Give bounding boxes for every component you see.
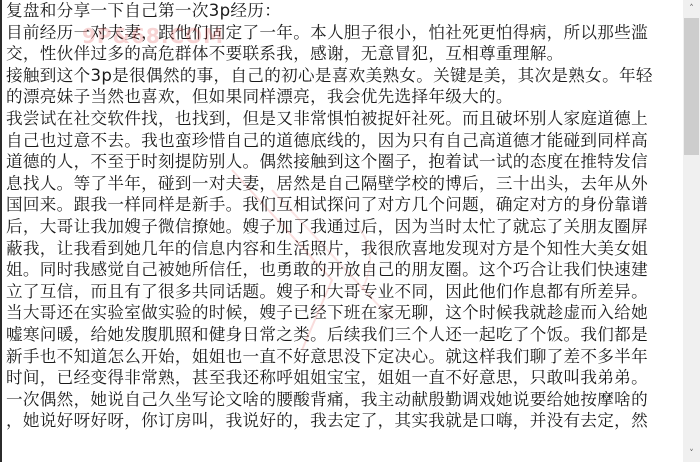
text-line: 一次偶然，她说自己久坐写论文啥的腰酸背痛，我主动献殷勤调戏她说要给她按摩啥的 bbox=[6, 389, 666, 411]
text-line: 复盘和分享一下自己第一次3p经历： bbox=[6, 0, 666, 22]
text-content: 复盘和分享一下自己第一次3p经历： 目前经历一对夫妻，跟他们固定了一年。本人胆子… bbox=[6, 0, 666, 432]
text-area[interactable]: 复盘和分享一下自己第一次3p经历： 目前经历一对夫妻，跟他们固定了一年。本人胆子… bbox=[0, 0, 700, 462]
text-line: 自己也过意不去。我也蛮珍惜自己的道德底线的，因为只有自己高道德才能碰到同样高 bbox=[6, 130, 666, 152]
text-line: 目前经历一对夫妻，跟他们固定了一年。本人胆子很小，怕社死更怕得病，所以那些滥 bbox=[6, 22, 666, 44]
chevron-up-icon: ˄ bbox=[689, 4, 694, 14]
text-line: 接触到这个3p是很偶然的事，自己的初心是喜欢美熟女。关键是美，其次是熟女。年轻 bbox=[6, 65, 666, 87]
text-line: 息找人。等了半年，碰到一对夫妻，居然是自己隔壁学校的博后，三十出头，去年从外 bbox=[6, 173, 666, 195]
text-line: 新手也不知道怎么开始，姐姐也一直不好意思没下定决心。就这样我们聊了差不多半年 bbox=[6, 346, 666, 368]
text-line: 时间，已经变得非常熟，甚至我还称呼姐姐宝宝，姐姐一直不好意思，只敢叫我弟弟。 bbox=[6, 367, 666, 389]
text-line: 道德的人，不至于时刻提防别人。偶然接触到这个圈子，抱着试一试的态度在推特发信 bbox=[6, 151, 666, 173]
text-line: 姐。同时我感觉自己被她所信任，也勇敢的开放自己的朋友圈。这个巧合让我们快速建 bbox=[6, 259, 666, 281]
text-line: 国回来。跟我一样同样是新手。我们互相试探问了对方几个问题，确定对方的身份靠谱 bbox=[6, 194, 666, 216]
chevron-down-icon: ˅ bbox=[689, 449, 694, 459]
text-line: ，她说好呀好呀，你订房叫，我说好的，我去定了，其实我就是口嗨，并没有去定，然 bbox=[6, 410, 666, 432]
text-line: 我尝试在社交软件找，也找到，但是又非常惧怕被捉奸社死。而且破坏别人家庭道德上 bbox=[6, 108, 666, 130]
text-line: 嘘寒问暖，给她发腹肌照和健身日常之类。后续我们三个人还一起吃了个饭。我们都是 bbox=[6, 324, 666, 346]
text-line: 的漂亮妹子当然也喜欢，但如果同样漂亮，我会优先选择年级大的。 bbox=[6, 86, 666, 108]
text-line: 当大哥还在实验室做实验的时候，嫂子已经下班在家无聊，这个时候我就趁虚而入给她 bbox=[6, 302, 666, 324]
scrollbar-thumb[interactable] bbox=[684, 18, 699, 155]
scroll-up-button[interactable]: ˄ bbox=[683, 0, 700, 17]
vertical-scrollbar[interactable]: ˄ ˅ bbox=[683, 0, 700, 462]
text-line: 立了互信，而且有了很多共同话题。嫂子和大哥专业不同，因此他们作息都有所差异。 bbox=[6, 281, 666, 303]
text-line: 后，大哥让我加嫂子微信撩她。嫂子加了我通过后，因为当时太忙了就忘了关朋友圈屏 bbox=[6, 216, 666, 238]
scroll-down-button[interactable]: ˅ bbox=[683, 445, 700, 462]
text-line: 蔽我，让我看到她几年的信息内容和生活照片，我很欣喜地发现对方是个知性大美女姐 bbox=[6, 238, 666, 260]
text-line: 交，性伙伴过多的高危群体不要联系我，感谢，无意冒犯，互相尊重理解。 bbox=[6, 43, 666, 65]
